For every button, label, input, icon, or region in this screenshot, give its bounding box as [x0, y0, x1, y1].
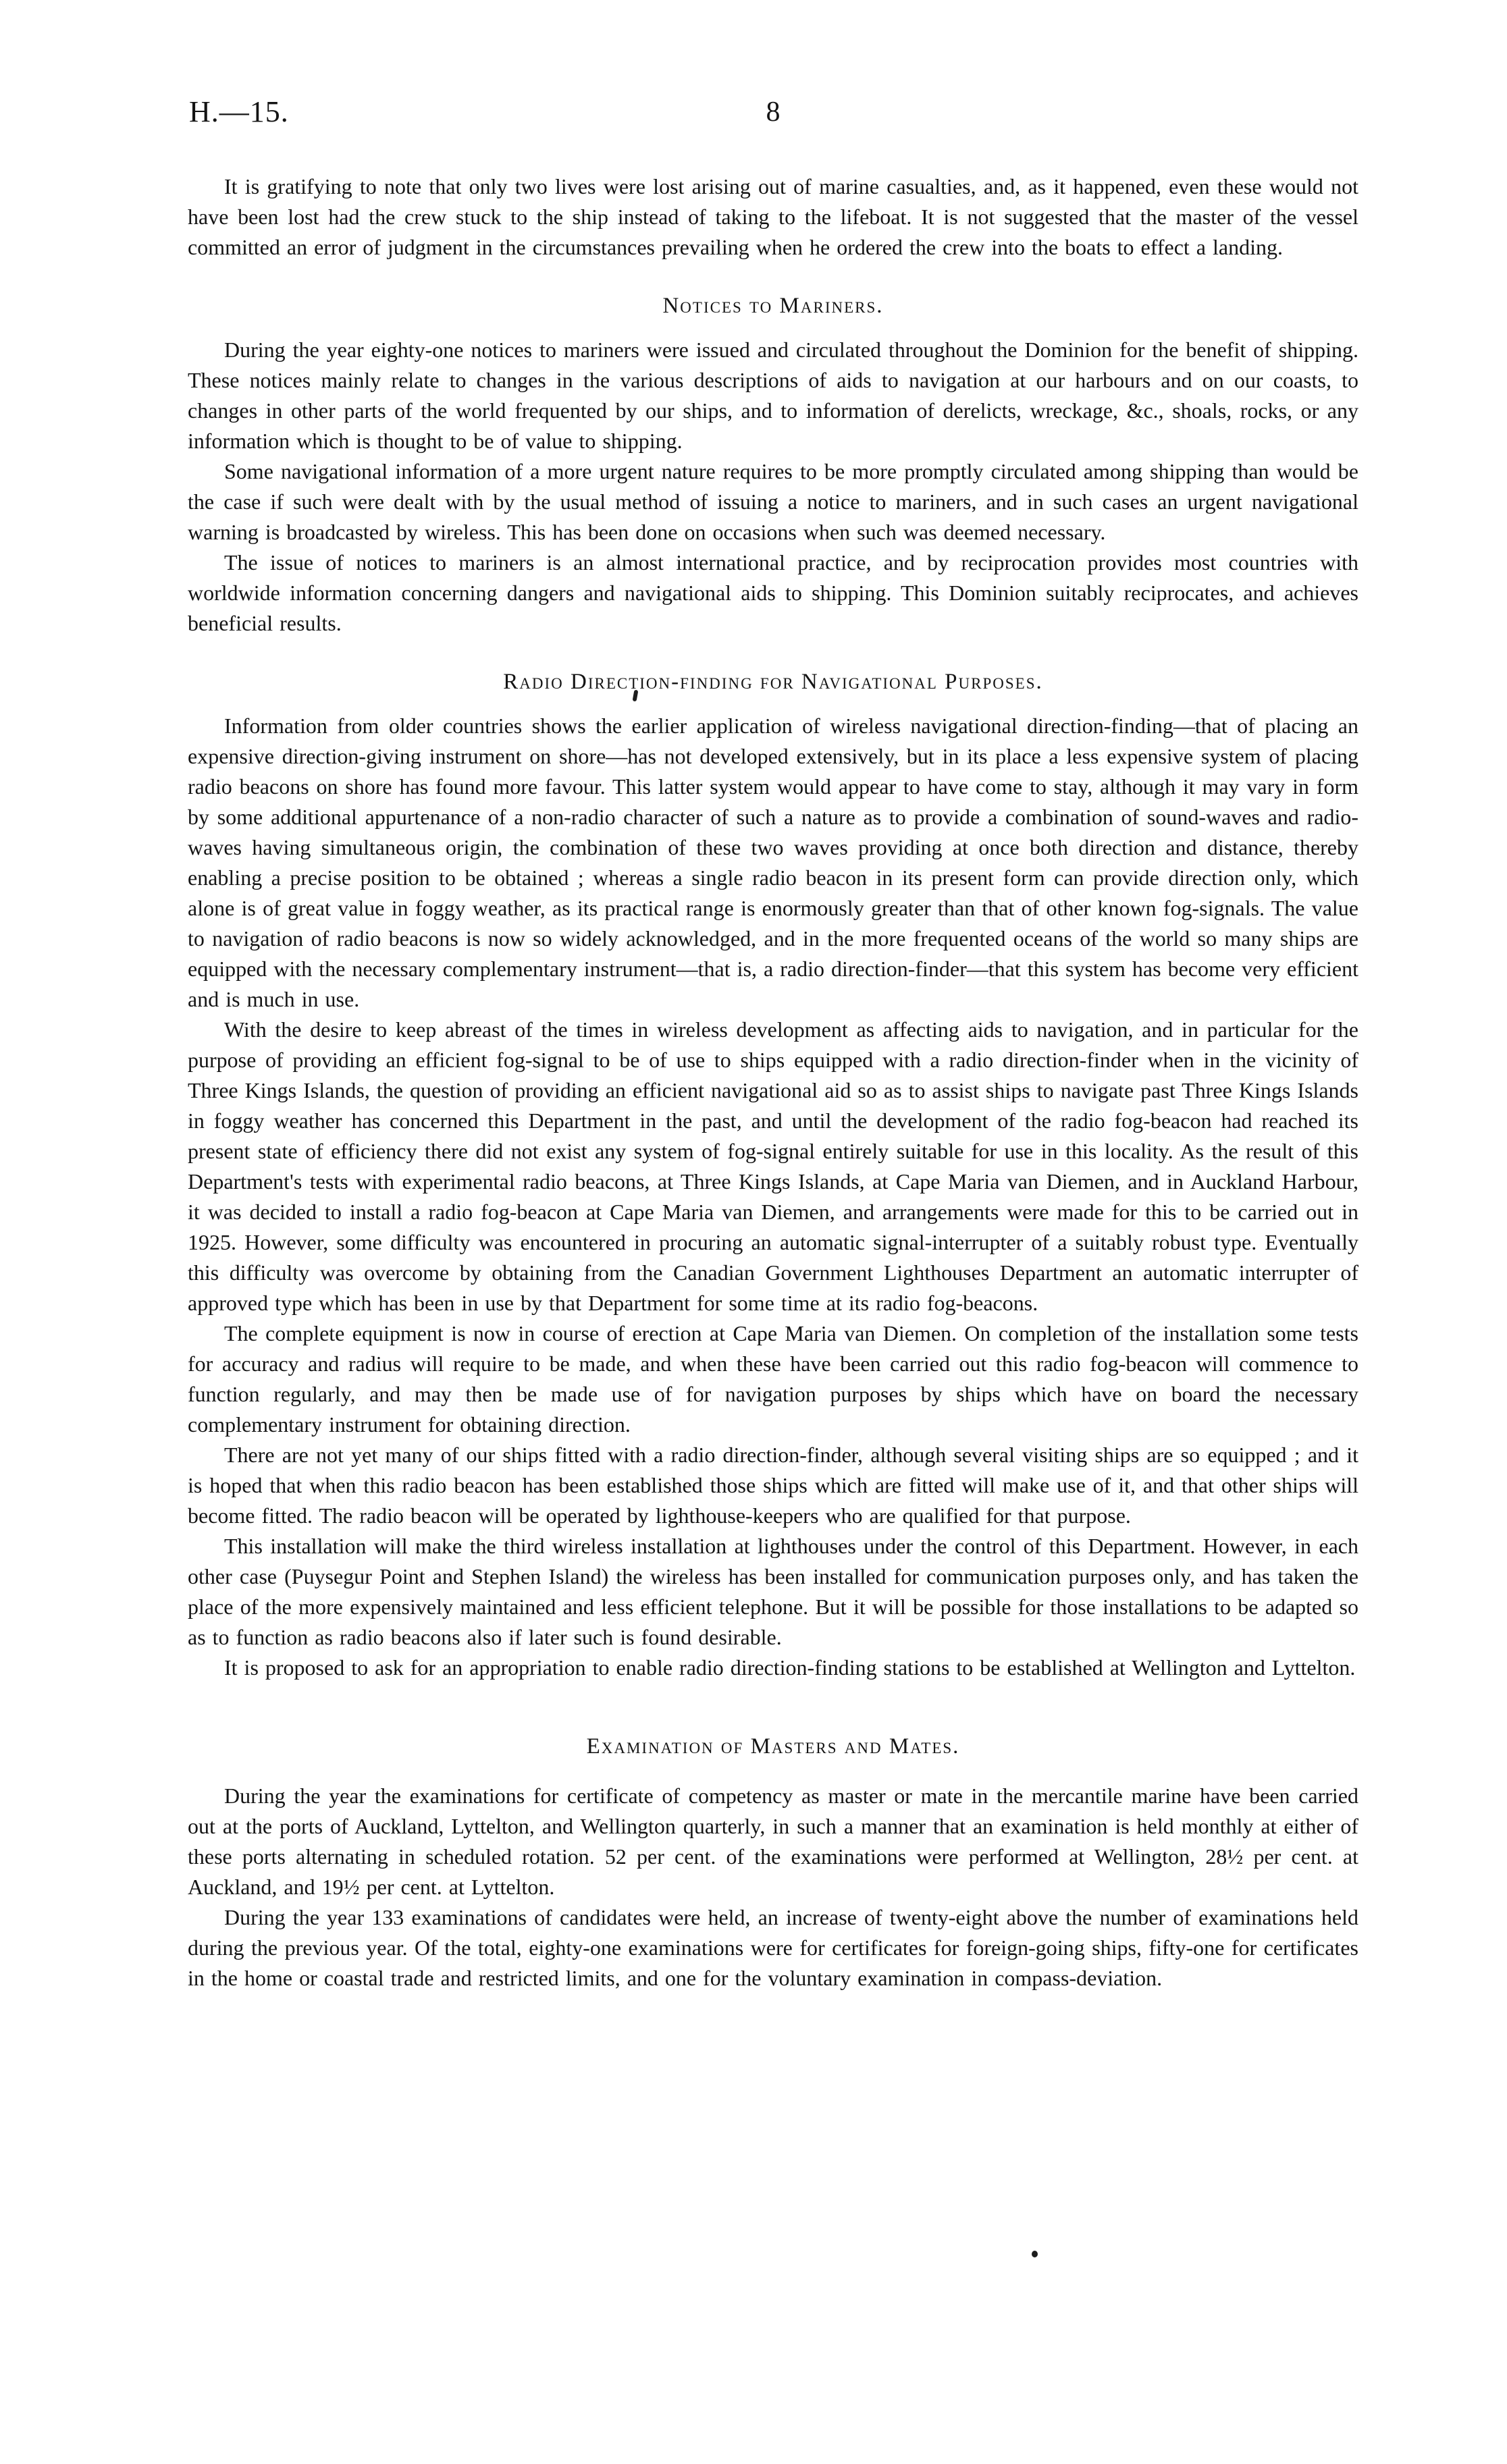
paragraph: The complete equipment is now in course …: [188, 1318, 1358, 1440]
paragraph: During the year 133 examinations of cand…: [188, 1902, 1358, 1993]
page-header: H.—15. 8: [188, 95, 1358, 136]
paragraph: During the year the examinations for cer…: [188, 1781, 1358, 1902]
document-page: H.—15. 8 It is gratifying to note that o…: [0, 0, 1507, 2464]
section-heading-notices-to-mariners: Notices to Mariners.: [188, 291, 1358, 321]
paragraph: During the year eighty-one notices to ma…: [188, 335, 1358, 456]
paragraph: The issue of notices to mariners is an a…: [188, 547, 1358, 639]
section-heading-examination-of-masters-and-mates: Examination of Masters and Mates.: [188, 1732, 1358, 1762]
ink-mark: [1032, 2251, 1038, 2257]
paragraph: Information from older countries shows t…: [188, 711, 1358, 1015]
paragraph-intro: It is gratifying to note that only two l…: [188, 171, 1358, 263]
paragraph: This installation will make the third wi…: [188, 1531, 1358, 1653]
text-column: H.—15. 8 It is gratifying to note that o…: [188, 95, 1358, 1993]
paragraph: There are not yet many of our ships fitt…: [188, 1440, 1358, 1531]
page-number: 8: [188, 96, 1358, 128]
paragraph: Some navigational information of a more …: [188, 456, 1358, 547]
paragraph: With the desire to keep abreast of the t…: [188, 1015, 1358, 1318]
paragraph: It is proposed to ask for an appropriati…: [188, 1653, 1358, 1683]
section-heading-radio-direction-finding: Radio Direction-finding for Navigational…: [188, 667, 1358, 697]
